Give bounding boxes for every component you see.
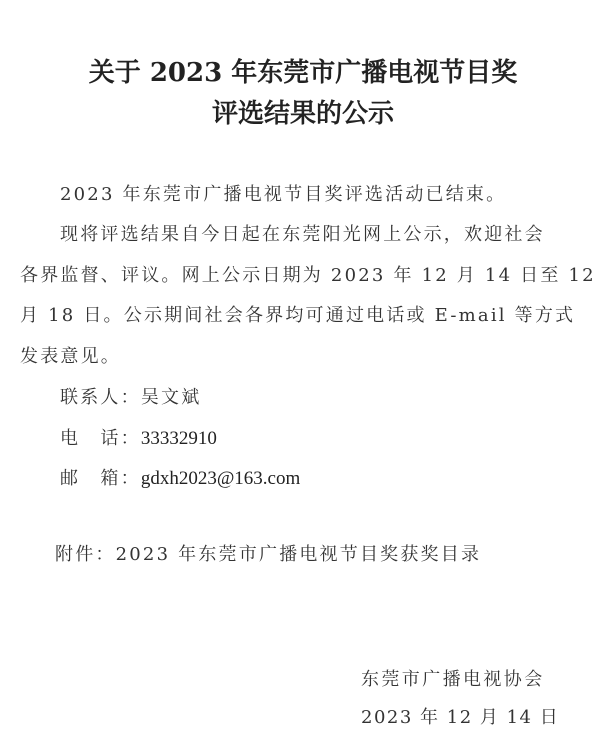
attachment-label: 附件： xyxy=(55,544,116,565)
document-title-line-1: 关于 2023 年东莞市广播电视节目奖 xyxy=(0,52,606,89)
document-title-line-2: 评选结果的公示 xyxy=(0,93,606,130)
signature-date: 2023 年 12 月 14 日 xyxy=(361,703,559,729)
contact-person-label: 联系人： xyxy=(60,387,141,408)
contact-phone-value: 33332910 xyxy=(141,428,217,449)
contact-person-value: 吴文斌 xyxy=(141,387,202,408)
body-paragraph-2-line-3: 月 18 日。公示期间社会各界均可通过电话或 E-mail 等方式 xyxy=(20,301,575,327)
body-paragraph-2-line-4: 发表意见。 xyxy=(20,342,121,368)
attachment-value: 2023 年东莞市广播电视节目奖获奖目录 xyxy=(116,544,482,565)
contact-email: 邮 箱：gdxh2023@163.com xyxy=(60,464,300,490)
attachment: 附件：2023 年东莞市广播电视节目奖获奖目录 xyxy=(55,540,481,566)
contact-email-label: 邮 箱： xyxy=(60,468,141,489)
contact-phone: 电 话：33332910 xyxy=(60,424,217,450)
contact-email-value[interactable]: gdxh2023@163.com xyxy=(141,468,300,489)
body-paragraph-2-line-2: 各界监督、评议。网上公示日期为 2023 年 12 月 14 日至 12 xyxy=(20,261,596,287)
contact-phone-label: 电 话： xyxy=(60,428,141,449)
signature-organization: 东莞市广播电视协会 xyxy=(361,665,545,691)
contact-person: 联系人：吴文斌 xyxy=(60,383,201,409)
body-paragraph-2-line-1: 现将评选结果自今日起在东莞阳光网上公示，欢迎社会 xyxy=(60,220,545,246)
body-paragraph-1: 2023 年东莞市广播电视节目奖评选活动已结束。 xyxy=(60,180,506,206)
